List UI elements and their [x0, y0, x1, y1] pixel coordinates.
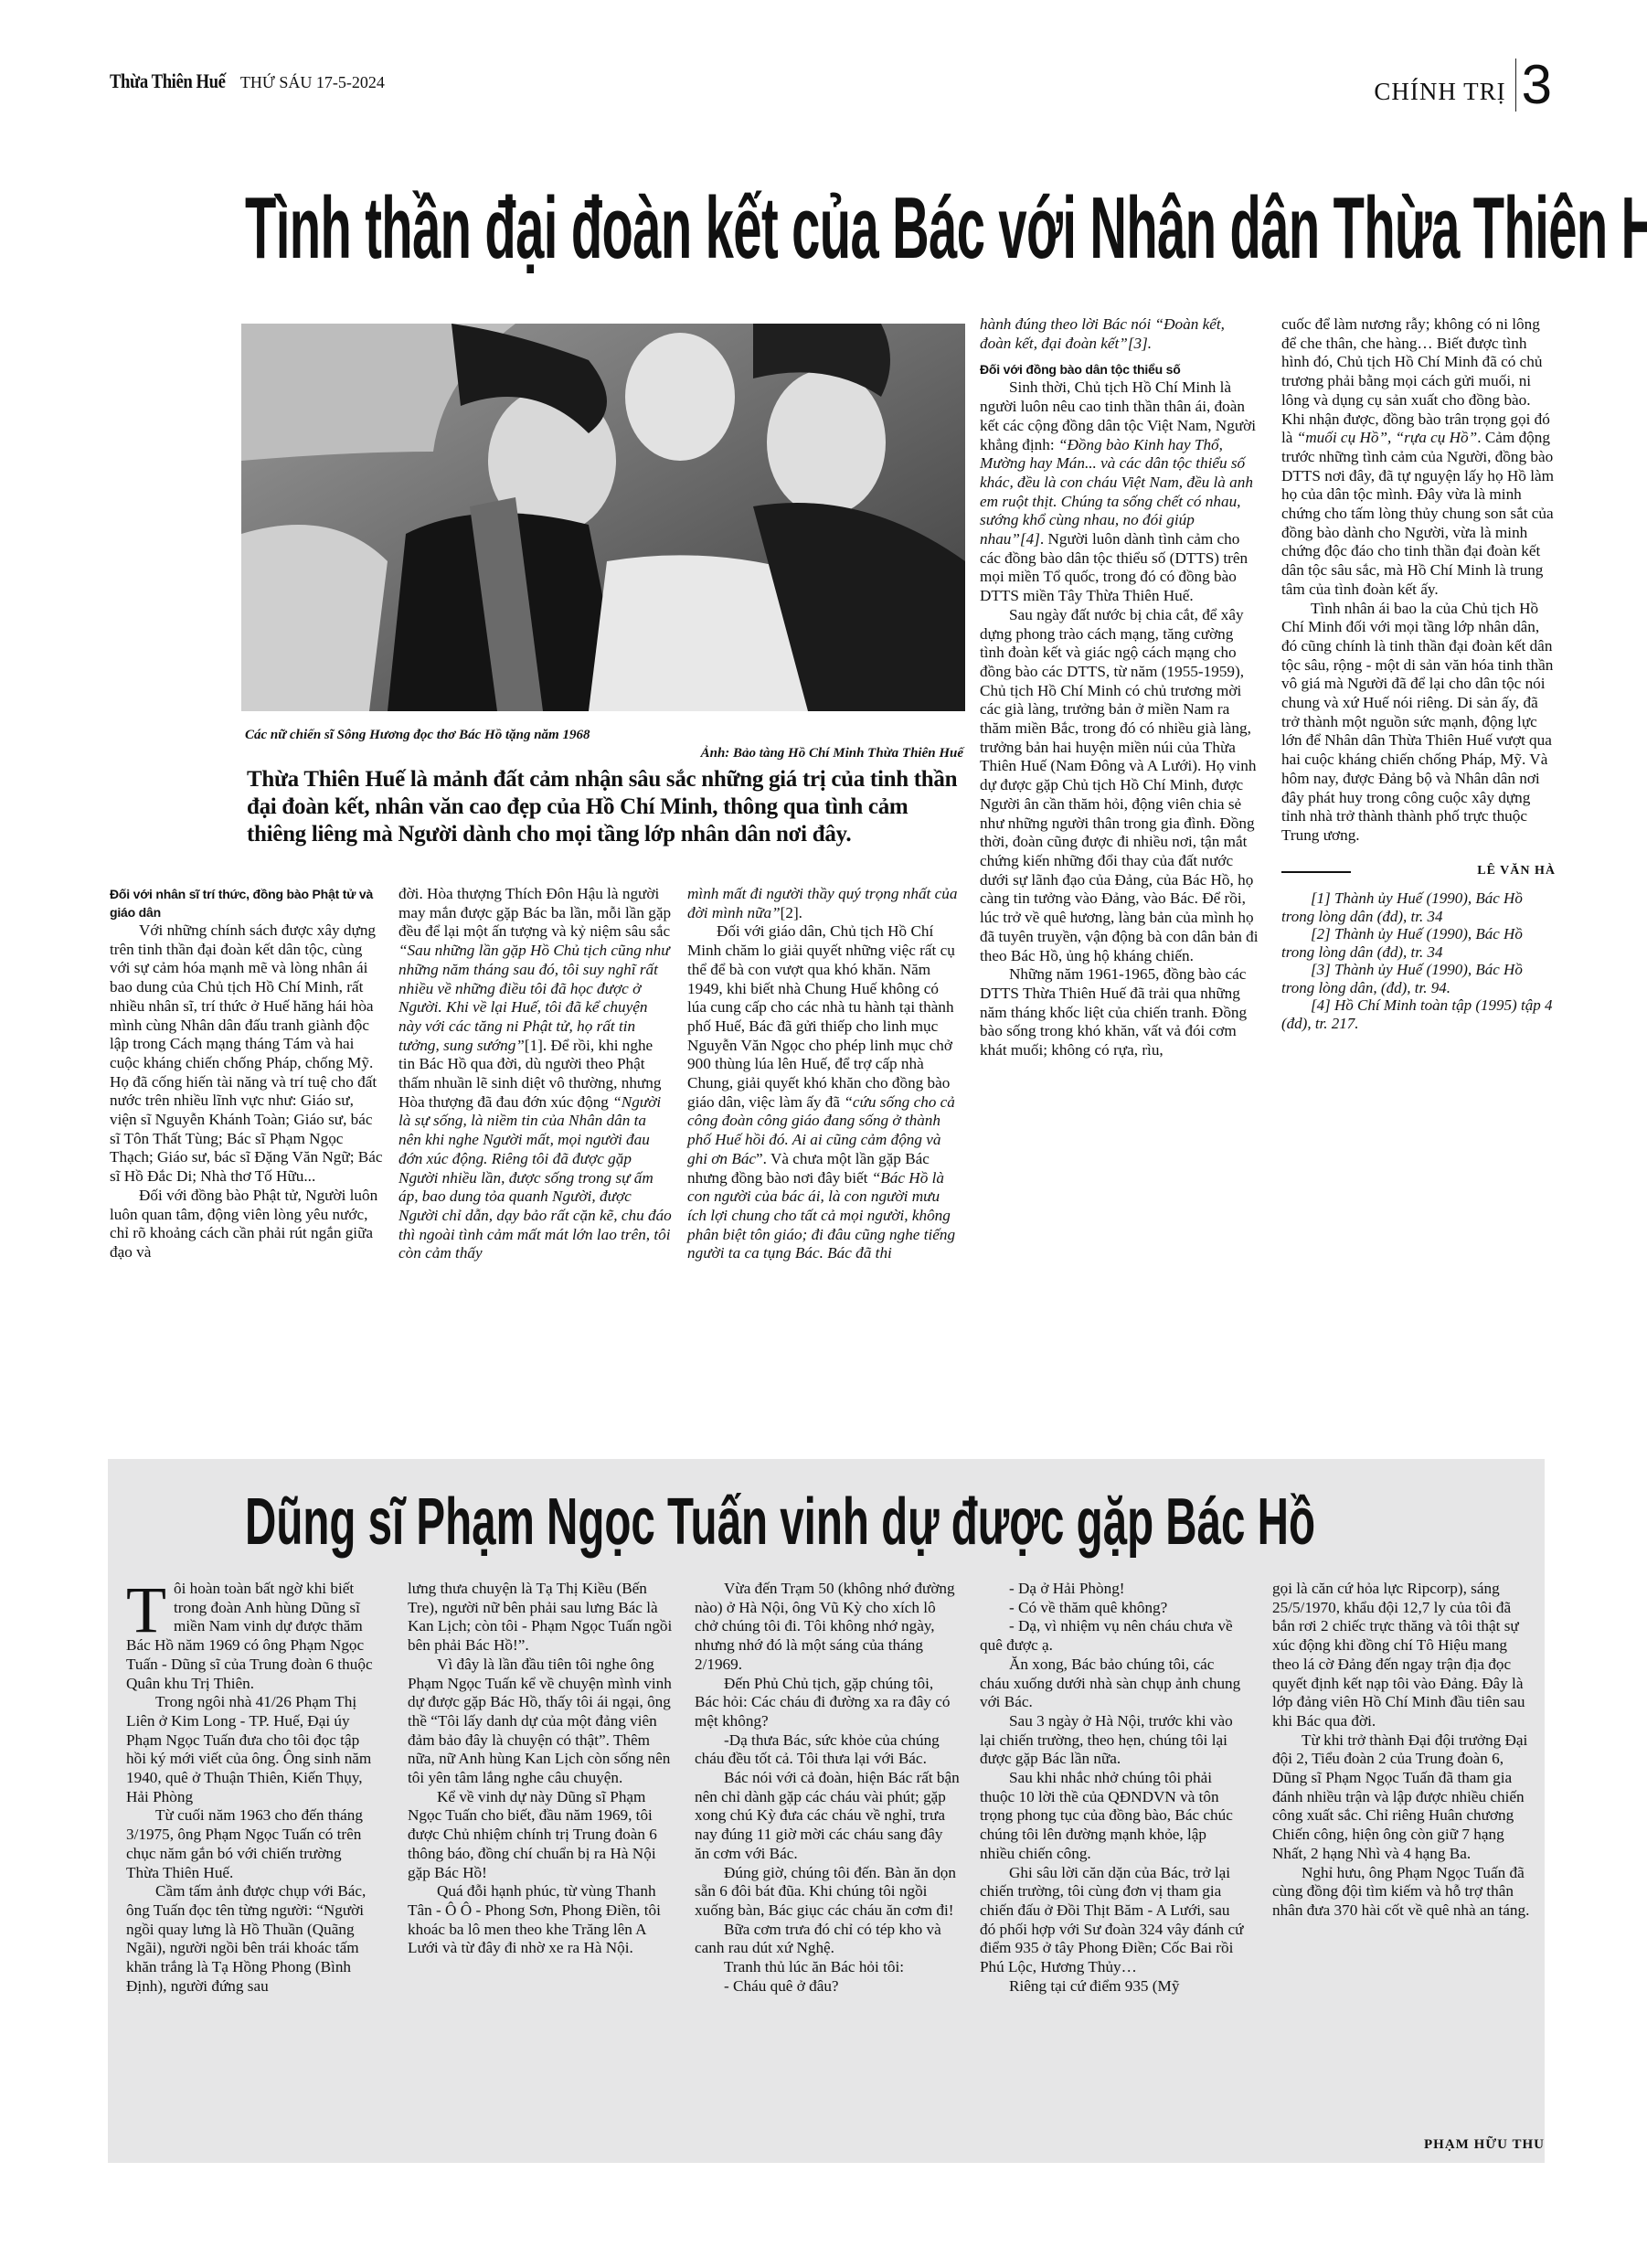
- references: [1] Thành ủy Huế (1990), Bác Hồ trong lò…: [1281, 889, 1556, 1032]
- paragraph: Ăn xong, Bác bảo chúng tôi, các cháu xuố…: [980, 1656, 1245, 1712]
- article-2-column-1: Tôi hoàn toàn bất ngờ khi biết trong đoà…: [126, 1580, 373, 1996]
- footnote-rule: [1281, 871, 1351, 873]
- paragraph: mình mất đi người thầy quý trọng nhất củ…: [687, 885, 962, 922]
- paragraph: gọi là căn cứ hỏa lực Ripcorp), sáng 25/…: [1272, 1580, 1537, 1731]
- subheading: Đối với nhân sĩ trí thức, đồng bào Phật …: [110, 885, 384, 921]
- reference-item: [4] Hồ Chí Minh toàn tập (1995) tập 4 (đ…: [1281, 996, 1556, 1032]
- paragraph: Đúng giờ, chúng tôi đến. Bàn ăn dọn sẵn …: [695, 1864, 960, 1921]
- paragraph: - Dạ ở Hải Phòng!: [980, 1580, 1245, 1599]
- paragraph: Từ cuối năm 1963 cho đến tháng 3/1975, ô…: [126, 1806, 373, 1882]
- paragraph: Tranh thủ lúc ăn Bác hỏi tôi:: [695, 1958, 960, 1977]
- photo-caption: Các nữ chiến sĩ Sông Hương đọc thơ Bác H…: [245, 726, 963, 762]
- paragraph: -Dạ thưa Bác, sức khỏe của chúng cháu đề…: [695, 1731, 960, 1769]
- masthead: Thừa Thiên Huế THỨ SÁU 17-5-2024: [110, 69, 385, 93]
- paragraph: Cầm tấm ảnh được chụp với Bác, ông Tuấn …: [126, 1882, 373, 1996]
- article-1-column-5: cuốc để làm nương rẫy; không có ni lông …: [1281, 315, 1556, 1032]
- paragraph: Sau ngày đất nước bị chia cắt, để xây dự…: [980, 606, 1259, 965]
- paragraph: Những năm 1961-1965, đồng bào các DTTS T…: [980, 965, 1259, 1060]
- paragraph: đời. Hòa thượng Thích Đôn Hậu là người m…: [398, 885, 673, 1263]
- paragraph: - Dạ, vì nhiệm vụ nên cháu chưa về quê đ…: [980, 1617, 1245, 1655]
- section-name: CHÍNH TRỊ: [1374, 78, 1514, 106]
- paragraph: Với những chính sách được xây dựng trên …: [110, 921, 384, 1187]
- article-2-column-5: gọi là căn cứ hỏa lực Ripcorp), sáng 25/…: [1272, 1580, 1537, 1921]
- paragraph: Trong ngôi nhà 41/26 Phạm Thị Liên ở Kim…: [126, 1693, 373, 1806]
- paragraph: Tôi hoàn toàn bất ngờ khi biết trong đoà…: [126, 1580, 373, 1693]
- subheading: Đối với đồng bào dân tộc thiểu số: [980, 360, 1259, 378]
- paragraph: - Có về thăm quê không?: [980, 1599, 1245, 1618]
- paragraph: Ghi sâu lời căn dặn của Bác, trở lại chi…: [980, 1864, 1245, 1977]
- paragraph: Riêng tại cứ điểm 935 (Mỹ: [980, 1977, 1245, 1996]
- paragraph: Kể về vinh dự này Dũng sĩ Phạm Ngọc Tuấn…: [408, 1788, 673, 1883]
- paragraph: Đối với giáo dân, Chủ tịch Hồ Chí Minh c…: [687, 922, 962, 1263]
- article-2-headline: Dũng sĩ Phạm Ngọc Tuấn vinh dự được gặp …: [245, 1483, 1150, 1561]
- article-1-headline: Tình thần đại đoàn kết của Bác với Nhân …: [245, 178, 1015, 279]
- paragraph: Đối với đồng bào Phật tử, Người luôn luô…: [110, 1187, 384, 1262]
- paper-name: Thừa Thiên Huế: [110, 69, 226, 93]
- photo-image: [241, 324, 965, 711]
- paragraph: Quá đỗi hạnh phúc, từ vùng Thanh Tân - Ô…: [408, 1882, 673, 1958]
- paragraph: Vì đây là lần đầu tiên tôi nghe ông Phạm…: [408, 1656, 673, 1788]
- reference-item: [2] Thành ủy Huế (1990), Bác Hồ trong lò…: [1281, 925, 1556, 961]
- reference-item: [1] Thành ủy Huế (1990), Bác Hồ trong lò…: [1281, 889, 1556, 925]
- article-1-column-1: Đối với nhân sĩ trí thức, đồng bào Phật …: [110, 885, 384, 1262]
- paragraph: - Cháu quê ở đâu?: [695, 1977, 960, 1996]
- section-header: CHÍNH TRỊ 3: [1374, 59, 1552, 112]
- article-2-column-2: lưng thưa chuyện là Tạ Thị Kiều (Bến Tre…: [408, 1580, 673, 1958]
- paragraph: Bữa cơm trưa đó chỉ có tép kho và canh r…: [695, 1921, 960, 1958]
- paragraph: lưng thưa chuyện là Tạ Thị Kiều (Bến Tre…: [408, 1580, 673, 1656]
- article-1-photo: [241, 324, 965, 711]
- paragraph: Tình nhân ái bao la của Chủ tịch Hồ Chí …: [1281, 600, 1556, 846]
- drop-cap: T: [126, 1583, 174, 1636]
- paragraph: Đến Phủ Chủ tịch, gặp chúng tôi, Bác hỏi…: [695, 1675, 960, 1731]
- article-1-lead: Thừa Thiên Huế là mảnh đất cảm nhận sâu …: [247, 766, 969, 848]
- paragraph: Bác nói với cả đoàn, hiện Bác rất bận nê…: [695, 1769, 960, 1864]
- article-2-byline: PHẠM HỮU THU: [1424, 2137, 1545, 2153]
- article-1-column-3: mình mất đi người thầy quý trọng nhất củ…: [687, 885, 962, 1263]
- article-2-column-3: Vừa đến Trạm 50 (không nhớ đường nào) ở …: [695, 1580, 960, 1996]
- paragraph: Sinh thời, Chủ tịch Hồ Chí Minh là người…: [980, 378, 1259, 605]
- article-1-column-2: đời. Hòa thượng Thích Đôn Hậu là người m…: [398, 885, 673, 1263]
- paragraph: Sau khi nhắc nhở chúng tôi phải thuộc 10…: [980, 1769, 1245, 1864]
- paragraph: hành đúng theo lời Bác nói “Đoàn kết, đo…: [980, 315, 1259, 353]
- paragraph: Nghỉ hưu, ông Phạm Ngọc Tuấn đã cùng đồn…: [1272, 1864, 1537, 1921]
- paragraph: Sau 3 ngày ở Hà Nội, trước khi vào lại c…: [980, 1712, 1245, 1769]
- article-1-column-4: hành đúng theo lời Bác nói “Đoàn kết, đo…: [980, 315, 1259, 1060]
- caption-text: Các nữ chiến sĩ Sông Hương đọc thơ Bác H…: [245, 726, 963, 744]
- photo-credit: Ảnh: Bảo tàng Hồ Chí Minh Thừa Thiên Huế: [245, 744, 963, 762]
- paragraph: cuốc để làm nương rẫy; không có ni lông …: [1281, 315, 1556, 600]
- page-number: 3: [1516, 59, 1552, 112]
- paragraph: Vừa đến Trạm 50 (không nhớ đường nào) ở …: [695, 1580, 960, 1675]
- issue-date: THỨ SÁU 17-5-2024: [240, 73, 385, 92]
- article-2-column-4: - Dạ ở Hải Phòng! - Có về thăm quê không…: [980, 1580, 1245, 1996]
- paragraph: Từ khi trở thành Đại đội trưởng Đại đội …: [1272, 1731, 1537, 1864]
- reference-item: [3] Thành ủy Huế (1990), Bác Hồ trong lò…: [1281, 961, 1556, 996]
